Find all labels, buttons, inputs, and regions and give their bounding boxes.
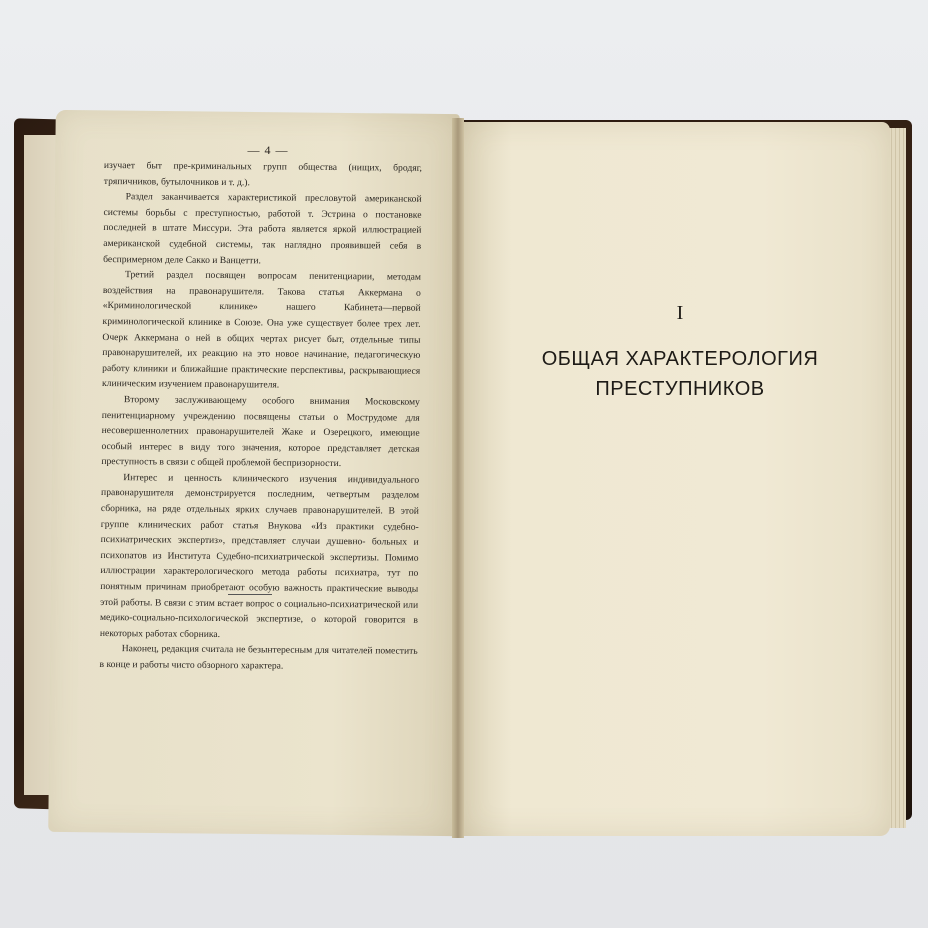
paragraph: Интерес и ценность клинического изучения… bbox=[100, 470, 419, 644]
paragraph: Третий раздел посвящен вопросам пенитенц… bbox=[102, 267, 421, 395]
paragraph: изучает быт пре-криминальных групп общес… bbox=[104, 158, 422, 192]
paragraph: Раздел заканчивается характеристикой пре… bbox=[103, 189, 422, 270]
chapter-numeral: I bbox=[620, 302, 740, 325]
chapter-title-line: ОБЩАЯ ХАРАКТЕРОЛОГИЯ bbox=[520, 344, 840, 374]
left-page-text: изучает быт пре-криминальных групп общес… bbox=[100, 158, 422, 675]
right-page bbox=[460, 122, 890, 836]
paragraph: Наконец, редакция считала не безынтересн… bbox=[100, 641, 418, 675]
chapter-title: ОБЩАЯ ХАРАКТЕРОЛОГИЯ ПРЕСТУПНИКОВ bbox=[520, 344, 840, 404]
page-number: — 4 — bbox=[238, 143, 298, 158]
section-separator-rule bbox=[228, 594, 272, 595]
book-gutter bbox=[452, 118, 464, 838]
chapter-title-line: ПРЕСТУПНИКОВ bbox=[520, 374, 840, 404]
paragraph: Второму заслуживающему особого внимания … bbox=[101, 392, 420, 473]
